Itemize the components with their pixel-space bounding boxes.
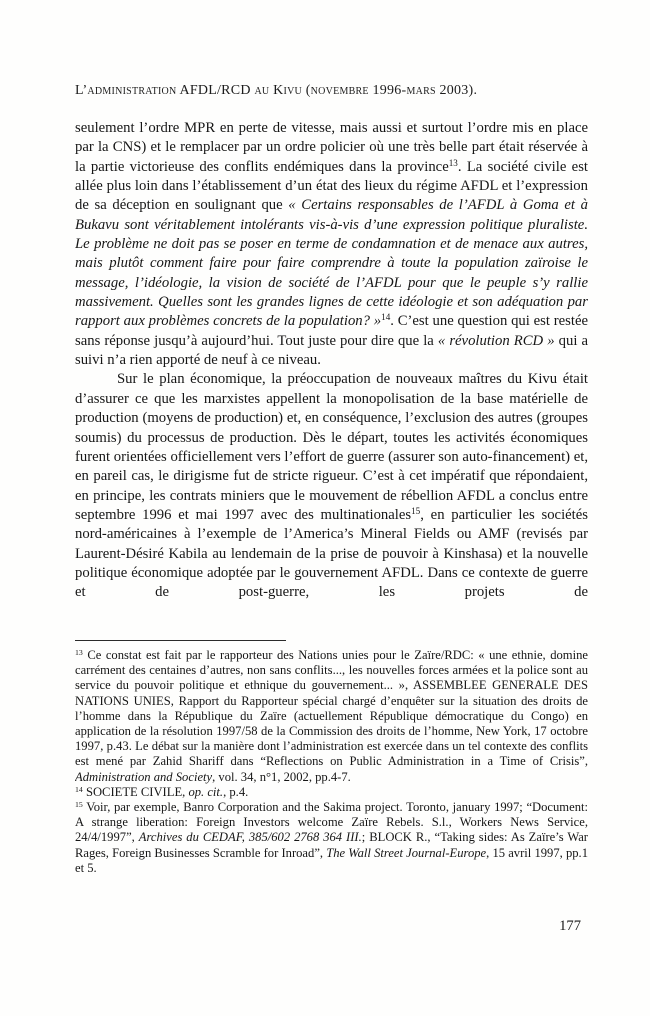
page-number: 177 bbox=[75, 918, 581, 935]
footnotes-section: 13 Ce constat est fait par le rapporteur… bbox=[75, 648, 588, 900]
footnote-separator bbox=[75, 640, 286, 641]
footnote-14: 14 SOCIETE CIVILE, op. cit., p.4. bbox=[75, 785, 588, 800]
running-header: L’administration AFDL/RCD au Kivu (novem… bbox=[75, 83, 588, 99]
document-page: L’administration AFDL/RCD au Kivu (novem… bbox=[0, 0, 650, 1016]
body-paragraph-2: Sur le plan économique, la préoccupation… bbox=[75, 370, 588, 602]
body-paragraph-1: seulement l’ordre MPR en perte de vitess… bbox=[75, 119, 588, 370]
footnote-13: 13 Ce constat est fait par le rapporteur… bbox=[75, 648, 588, 785]
footnote-15: 15 Voir, par exemple, Banro Corporation … bbox=[75, 800, 588, 876]
body-text: seulement l’ordre MPR en perte de vitess… bbox=[75, 119, 588, 641]
